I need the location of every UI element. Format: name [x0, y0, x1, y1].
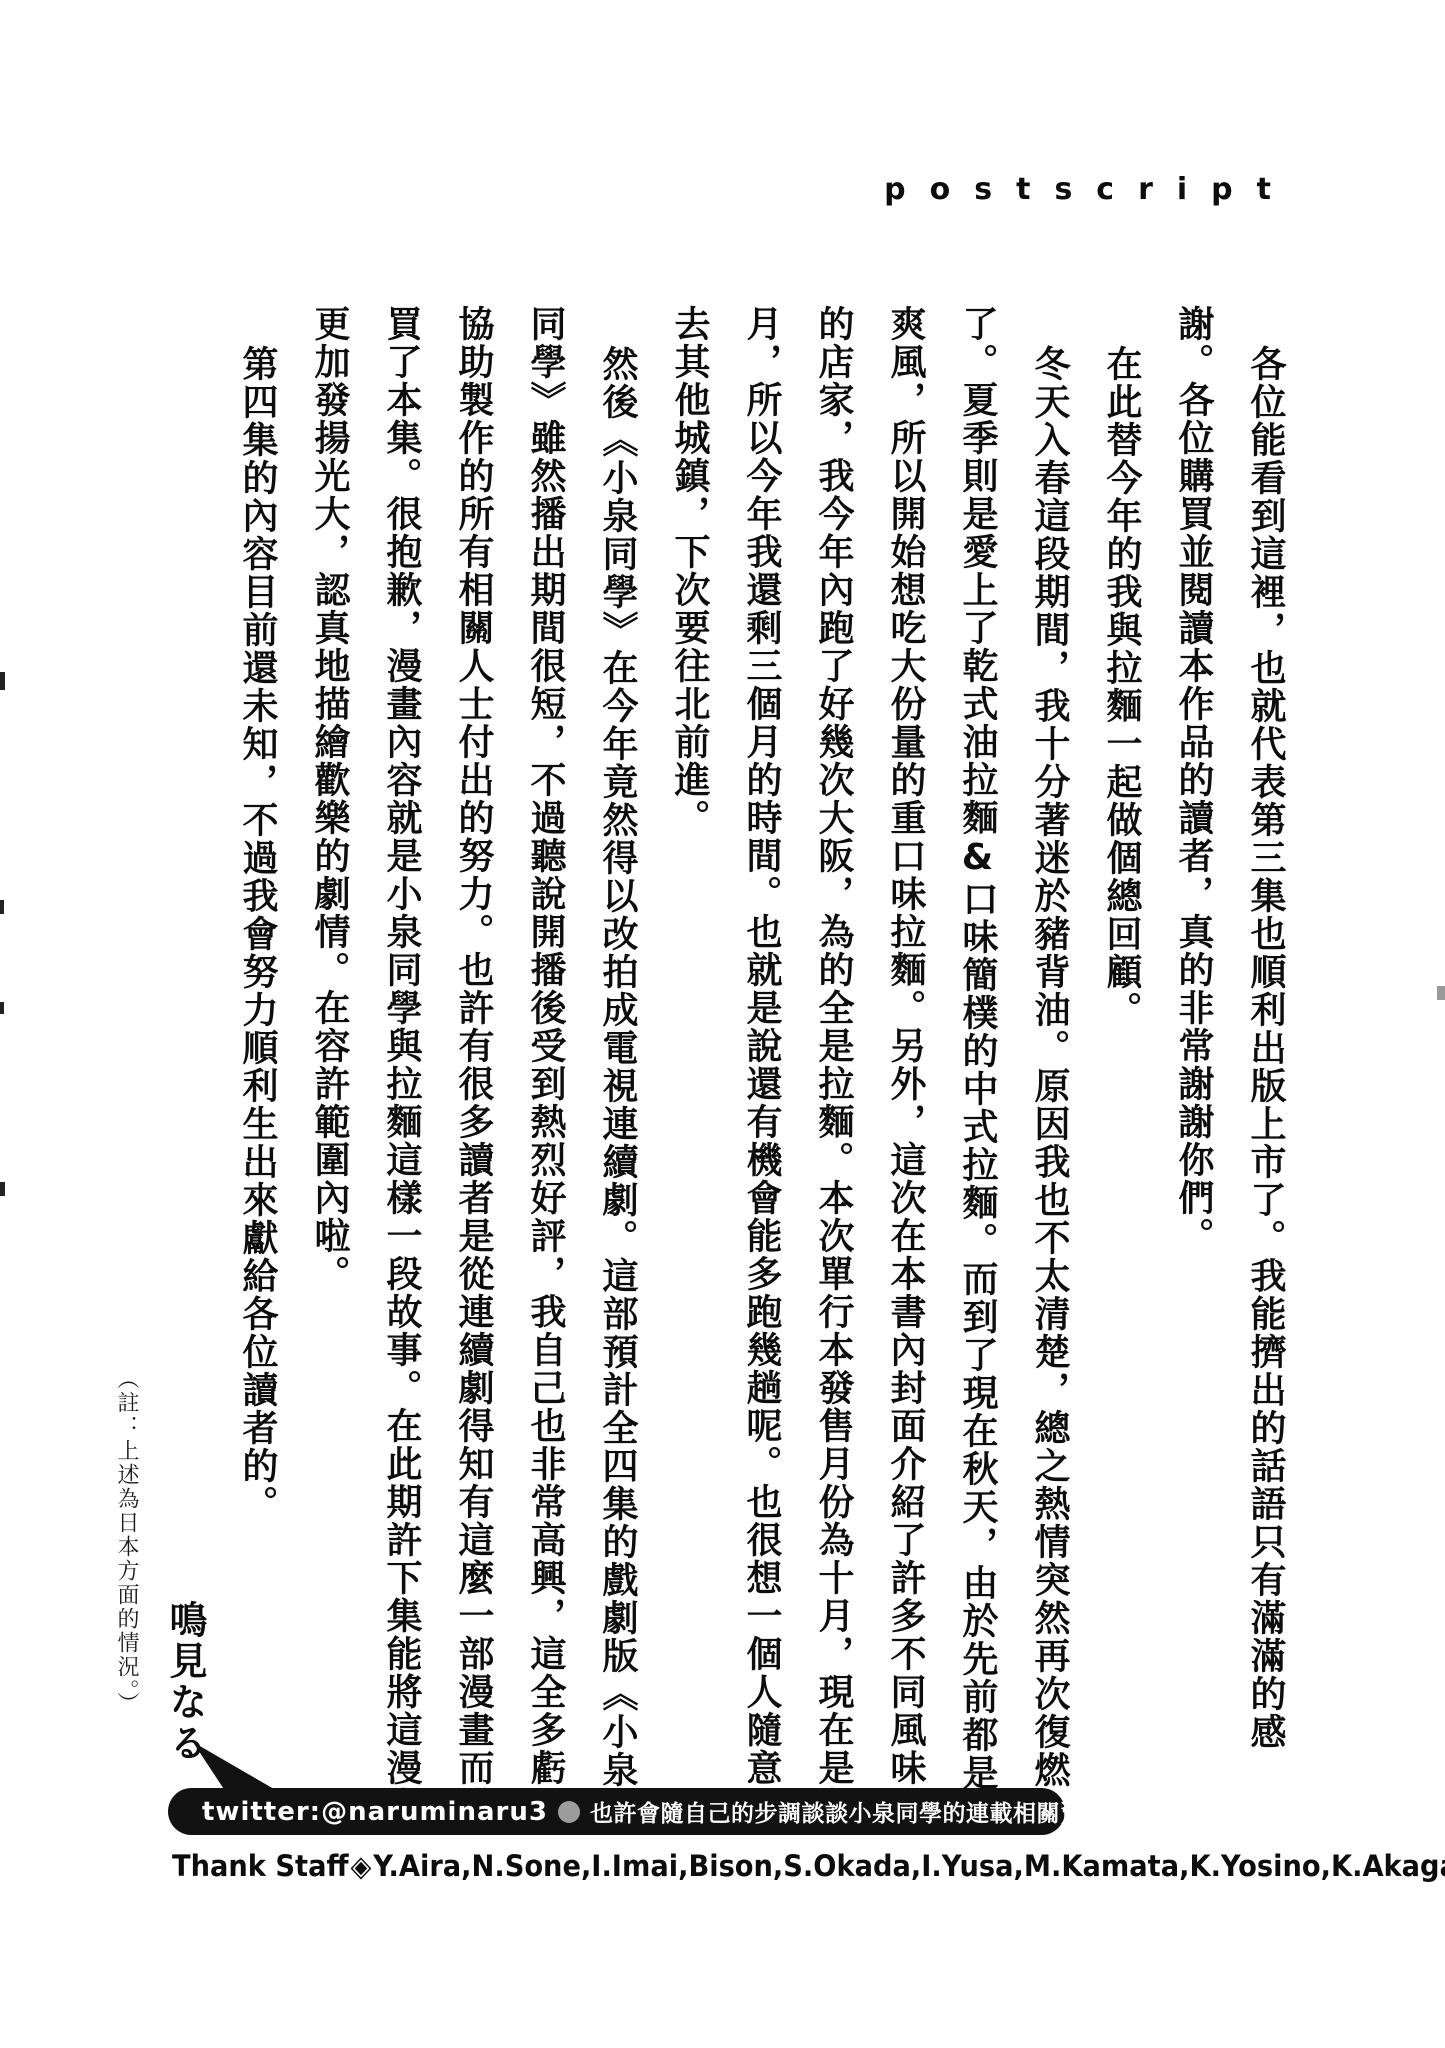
staff-label: Thank Staff	[172, 1849, 349, 1883]
scan-artifact	[0, 1002, 4, 1014]
text-column: 冬天入春這段期間，我十分著迷於豬背油。原因我也不太清楚，總之熱情突然再次復燃	[1029, 305, 1069, 1789]
text-column: 了。夏季則是愛上了乾式油拉麵&口味簡樸的中式拉麵。而到了現在秋天，由於先前都是清	[957, 305, 997, 1830]
diamond-icon: ◈	[349, 1849, 374, 1883]
dot-icon	[558, 1801, 580, 1823]
text-column: 的店家，我今年內跑了好幾次大阪，為的全是拉麵。本次單行本發售月份為十月，現在是九	[813, 305, 853, 1825]
staff-credits: Thank Staff◈Y.Aira,N.Sone,I.Imai,Bison,S…	[172, 1849, 1445, 1883]
twitter-speech-bubble: twitter:@naruminaru3 也許會隨自己的步調談談小泉同學的連載相…	[168, 1788, 1065, 1835]
text-column: 各位能看到這裡，也就代表第三集也順利出版上市了。我能擠出的話語只有滿滿的感	[1245, 305, 1285, 1751]
translator-note: （註：上述為日本方面的情況。）	[113, 1367, 139, 1716]
scan-artifact	[0, 1182, 5, 1196]
text-column: 然後《小泉同學》在今年竟然得以改拍成電視連續劇。這部預計全四集的戲劇版《小泉	[597, 305, 637, 1789]
text-column: 月，所以今年我還剩三個月的時間。也就是說還有機會能多跑幾趟呢。也很想一個人隨意見	[741, 305, 781, 1825]
text-column: 第四集的內容目前還未知，不過我會努力順利生出來獻給各位讀者的。	[237, 305, 277, 1523]
author-signature: 鳴見なる	[163, 1600, 207, 1764]
staff-names: Y.Aira,N.Sone,I.Imai,Bison,S.Okada,I.Yus…	[373, 1849, 1445, 1883]
text-column: 同學》雖然播出期間很短，不過聽說開播後受到熱烈好評，我自己也非常高興，這全多虧了	[525, 305, 565, 1825]
text-column: 協助製作的所有相關人士付出的努力。也許有很多讀者是從連續劇得知有這麼一部漫畫而購	[453, 305, 493, 1825]
text-column: 去其他城鎮，下次要往北前進。	[669, 305, 709, 837]
text-column: 爽風，所以開始想吃大份量的重口味拉麵。另外，這次在本書內封面介紹了許多不同風味	[885, 305, 925, 1787]
afterword-columns: 各位能看到這裡，也就代表第三集也順利出版上市了。我能擠出的話語只有滿滿的感 謝。…	[237, 305, 1285, 1830]
text-column: 買了本集。很抱歉，漫畫內容就是小泉同學與拉麵這樣一段故事。在此期許下集能將這漫畫	[381, 305, 421, 1825]
scan-artifact	[0, 672, 5, 690]
page-title: postscript	[884, 172, 1295, 207]
twitter-handle: twitter:@naruminaru3	[202, 1797, 548, 1827]
text-column: 在此替今年的我與拉麵一起做個總回顧。	[1101, 305, 1141, 1029]
text-column: 更加發揚光大，認真地描繪歡樂的劇情。在容許範圍內啦。	[309, 305, 349, 1293]
twitter-message: 也許會隨自己的步調談談小泉同學的連載相關資訊？	[590, 1795, 1131, 1828]
scan-artifact	[0, 900, 4, 914]
scan-artifact	[1437, 986, 1445, 1000]
text-column: 謝。各位購買並閱讀本作品的讀者，真的非常謝謝你們。	[1173, 305, 1213, 1255]
postscript-page: postscript 各位能看到這裡，也就代表第三集也順利出版上市了。我能擠出的…	[0, 0, 1445, 2048]
